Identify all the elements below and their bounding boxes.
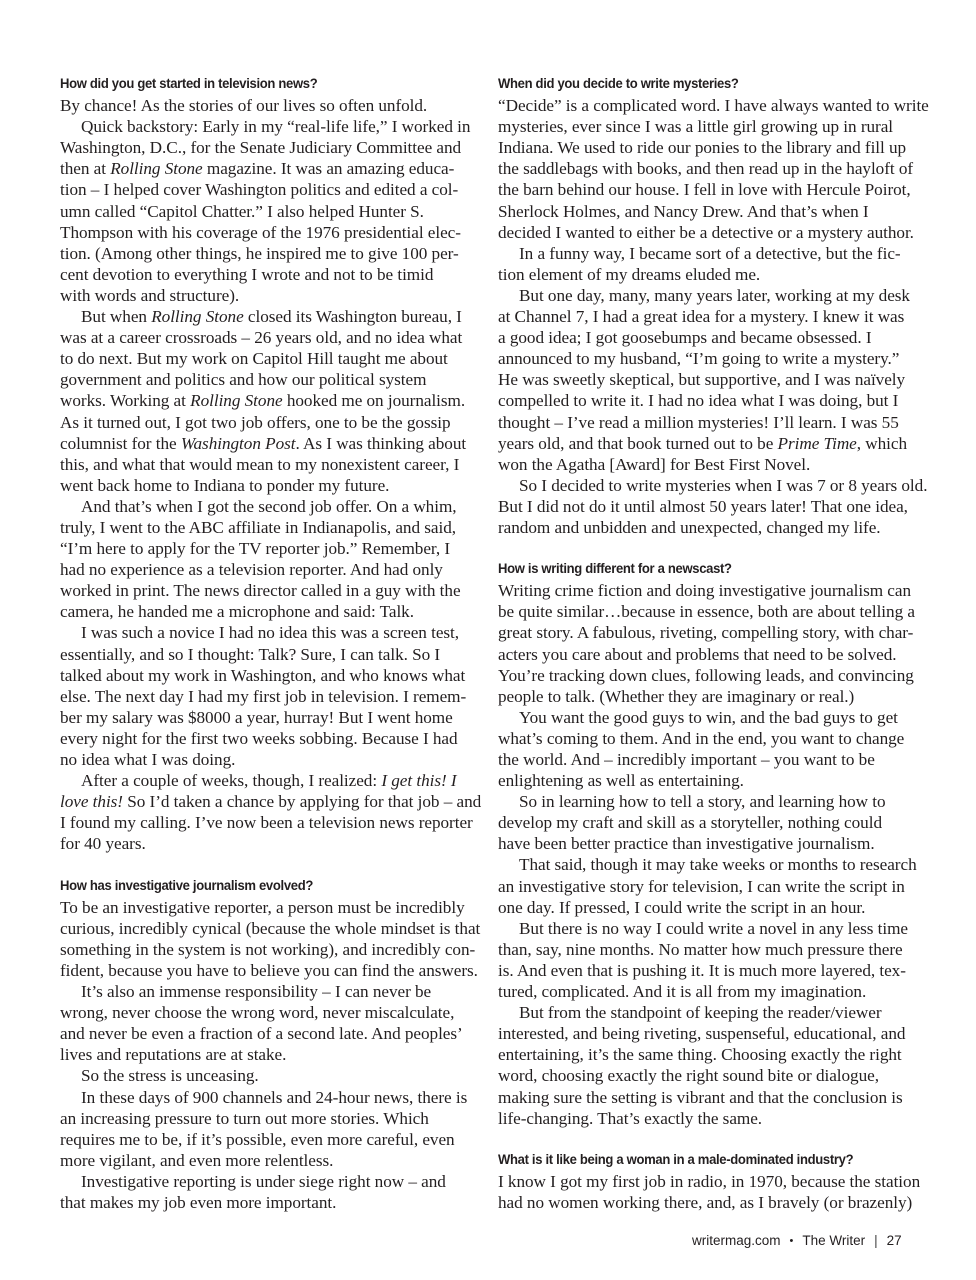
- body-text-line: wrong, never choose the wrong word, neve…: [60, 1002, 478, 1023]
- bullet-icon: •: [790, 1235, 794, 1247]
- body-text-line: But one day, many, many years later, wor…: [498, 285, 916, 306]
- text-run: then at: [60, 159, 110, 178]
- body-text-line: for 40 years.: [60, 833, 478, 854]
- body-text-line: great story. A fabulous, riveting, compe…: [498, 622, 916, 643]
- body-text-line: won the Agatha [Award] for Best First No…: [498, 454, 916, 475]
- body-text-line: After a couple of weeks, though, I reali…: [60, 770, 478, 791]
- body-text-line: making sure the setting is vibrant and t…: [498, 1087, 916, 1108]
- body-text-line: Quick backstory: Early in my “real-life …: [60, 116, 478, 137]
- body-text-line: government and politics and how our poli…: [60, 369, 478, 390]
- body-text-line: at Channel 7, I had a great idea for a m…: [498, 306, 916, 327]
- body-text-line: more vigilant, and even more relentless.: [60, 1150, 478, 1171]
- body-text-line: love this! So I’d taken a chance by appl…: [60, 791, 478, 812]
- text-run: . As I was thinking about: [295, 434, 466, 453]
- body-text-line: “Decide” is a complicated word. I have a…: [498, 95, 916, 116]
- footer-publication: The Writer: [802, 1233, 865, 1248]
- section-heading: When did you decide to write mysteries?: [498, 74, 883, 95]
- italic-title: Washington Post: [181, 434, 296, 453]
- body-text-line: else. The next day I had my first job in…: [60, 686, 478, 707]
- text-run: magazine. It was an amazing educa-: [203, 159, 455, 178]
- body-text-line: lives and reputations are at stake.: [60, 1044, 478, 1065]
- body-text-line: that makes my job even more important.: [60, 1192, 478, 1213]
- body-text-line: the saddlebags with books, and then read…: [498, 158, 916, 179]
- body-text-line: years old, and that book turned out to b…: [498, 433, 916, 454]
- body-text-line: word, choosing exactly the right sound b…: [498, 1065, 916, 1086]
- body-text-line: I found my calling. I’ve now been a tele…: [60, 812, 478, 833]
- section-heading: What is it like being a woman in a male-…: [498, 1150, 883, 1171]
- body-text-line: So I decided to write mysteries when I w…: [498, 475, 916, 496]
- body-text-line: But when Rolling Stone closed its Washin…: [60, 306, 478, 327]
- body-text-line: talked about my work in Washington, and …: [60, 665, 478, 686]
- body-text-line: be quite similar…because in essence, bot…: [498, 601, 916, 622]
- body-text-line: worked in print. The news director calle…: [60, 580, 478, 601]
- italic-title: Rolling Stone: [190, 391, 282, 410]
- body-text-line: develop my craft and skill as a storytel…: [498, 812, 916, 833]
- body-text-line: with words and structure).: [60, 285, 478, 306]
- body-text-line: every night for the first two weeks sobb…: [60, 728, 478, 749]
- body-text-line: life-changing. That’s exactly the same.: [498, 1108, 916, 1129]
- body-text-line: As it turned out, I got two job offers, …: [60, 412, 478, 433]
- body-text-line: In these days of 900 channels and 24-hou…: [60, 1087, 478, 1108]
- body-text-line: people to talk. (Whether they are imagin…: [498, 686, 916, 707]
- body-text-line: camera, he handed me a microphone and sa…: [60, 601, 478, 622]
- page-number: 27: [887, 1233, 902, 1248]
- italic-title: Rolling Stone: [110, 159, 202, 178]
- italic-title: I get this! I: [381, 771, 456, 790]
- body-text-line: To be an investigative reporter, a perso…: [60, 897, 478, 918]
- body-text-line: something in the system is not working),…: [60, 939, 478, 960]
- body-text-line: requires me to be, if it’s possible, eve…: [60, 1129, 478, 1150]
- body-text-line: random and unbidden and unexpected, chan…: [498, 517, 916, 538]
- text-run: But when: [81, 307, 151, 326]
- body-text-line: truly, I went to the ABC affiliate in In…: [60, 517, 478, 538]
- body-text-line: Indiana. We used to ride our ponies to t…: [498, 137, 916, 158]
- body-text-line: By chance! As the stories of our lives s…: [60, 95, 478, 116]
- body-text-line: entertaining, it’s the same thing. Choos…: [498, 1044, 916, 1065]
- right-column: When did you decide to write mysteries?“…: [498, 74, 916, 1213]
- body-text-line: So in learning how to tell a story, and …: [498, 791, 916, 812]
- body-text-line: and never be even a fraction of a second…: [60, 1023, 478, 1044]
- body-text-line: interested, and being riveting, suspense…: [498, 1023, 916, 1044]
- body-text-line: acters you care about and problems that …: [498, 644, 916, 665]
- body-text-line: what’s coming to them. And in the end, y…: [498, 728, 916, 749]
- text-run: After a couple of weeks, though, I reali…: [81, 771, 381, 790]
- body-text-line: Writing crime fiction and doing investig…: [498, 580, 916, 601]
- body-text-line: a good idea; I got goosebumps and became…: [498, 327, 916, 348]
- body-text-line: was at a career crossroads – 26 years ol…: [60, 327, 478, 348]
- text-run: columnist for the: [60, 434, 181, 453]
- body-text-line: Investigative reporting is under siege r…: [60, 1171, 478, 1192]
- body-text-line: the world. And – incredibly important – …: [498, 749, 916, 770]
- body-text-line: enlightening as well as entertaining.: [498, 770, 916, 791]
- body-text-line: You’re tracking down clues, following le…: [498, 665, 916, 686]
- section-heading: How did you get started in television ne…: [60, 74, 445, 95]
- body-text-line: And that’s when I got the second job off…: [60, 496, 478, 517]
- body-text-line: had no women working there, and, as I br…: [498, 1192, 916, 1213]
- body-text-line: essentially, and so I thought: Talk? Sur…: [60, 644, 478, 665]
- body-text-line: fident, because you have to believe you …: [60, 960, 478, 981]
- body-text-line: no idea what I was doing.: [60, 749, 478, 770]
- body-text-line: to do next. But my work on Capitol Hill …: [60, 348, 478, 369]
- footer-separator: |: [874, 1233, 878, 1248]
- body-text-line: But there is no way I could write a nove…: [498, 918, 916, 939]
- body-text-line: mysteries, ever since I was a little gir…: [498, 116, 916, 137]
- text-run: closed its Washington bureau, I: [244, 307, 462, 326]
- body-text-line: That said, though it may take weeks or m…: [498, 854, 916, 875]
- footer-site-link[interactable]: writermag.com: [692, 1233, 781, 1248]
- body-text-line: Thompson with his coverage of the 1976 p…: [60, 222, 478, 243]
- body-text-line: It’s also an immense responsibility – I …: [60, 981, 478, 1002]
- body-text-line: I was such a novice I had no idea this w…: [60, 622, 478, 643]
- body-text-line: curious, incredibly cynical (because the…: [60, 918, 478, 939]
- body-text-line: the barn behind our house. I fell in lov…: [498, 179, 916, 200]
- left-column: How did you get started in television ne…: [60, 74, 478, 1213]
- body-text-line: an investigative story for television, I…: [498, 876, 916, 897]
- body-text-line: had no experience as a television report…: [60, 559, 478, 580]
- body-text-line: went back home to Indiana to ponder my f…: [60, 475, 478, 496]
- body-text-line: So the stress is unceasing.: [60, 1065, 478, 1086]
- text-run: works. Working at: [60, 391, 190, 410]
- body-text-line: In a funny way, I became sort of a detec…: [498, 243, 916, 264]
- body-text-line: ber my salary was $8000 a year, hurray! …: [60, 707, 478, 728]
- body-text-line: umn called “Capitol Chatter.” I also hel…: [60, 201, 478, 222]
- body-text-line: thought – I’ve read a million mysteries!…: [498, 412, 916, 433]
- body-text-line: But I did not do it until almost 50 year…: [498, 496, 916, 517]
- body-text-line: an increasing pressure to turn out more …: [60, 1108, 478, 1129]
- body-text-line: Washington, D.C., for the Senate Judicia…: [60, 137, 478, 158]
- section-spacer: [498, 1129, 916, 1150]
- body-text-line: decided I wanted to either be a detectiv…: [498, 222, 916, 243]
- body-text-line: is. And even that is pushing it. It is m…: [498, 960, 916, 981]
- body-text-line: then at Rolling Stone magazine. It was a…: [60, 158, 478, 179]
- text-run: hooked me on journalism.: [283, 391, 466, 410]
- text-run: So I’d taken a chance by applying for th…: [123, 792, 481, 811]
- italic-title: love this!: [60, 792, 123, 811]
- body-text-line: You want the good guys to win, and the b…: [498, 707, 916, 728]
- section-spacer: [60, 854, 478, 875]
- body-text-line: But from the standpoint of keeping the r…: [498, 1002, 916, 1023]
- body-text-line: He was sweetly skeptical, but supportive…: [498, 369, 916, 390]
- section-heading: How has investigative journalism evolved…: [60, 876, 445, 897]
- page-footer: writermag.com•The Writer|27: [692, 1233, 902, 1248]
- body-text-line: Sherlock Holmes, and Nancy Drew. And tha…: [498, 201, 916, 222]
- body-text-line: announced to my husband, “I’m going to w…: [498, 348, 916, 369]
- body-text-line: have been better practice than investiga…: [498, 833, 916, 854]
- body-text-line: compelled to write it. I had no idea wha…: [498, 390, 916, 411]
- body-text-line: tion. (Among other things, he inspired m…: [60, 243, 478, 264]
- body-text-line: I know I got my first job in radio, in 1…: [498, 1171, 916, 1192]
- body-text-line: than, say, nine months. No matter how mu…: [498, 939, 916, 960]
- body-text-line: “I’m here to apply for the TV reporter j…: [60, 538, 478, 559]
- section-spacer: [498, 538, 916, 559]
- body-text-line: tion – I helped cover Washington politic…: [60, 179, 478, 200]
- text-run: years old, and that book turned out to b…: [498, 434, 778, 453]
- body-text-line: cent devotion to everything I wrote and …: [60, 264, 478, 285]
- italic-title: Prime Time: [778, 434, 857, 453]
- body-text-line: this, and what that would mean to my non…: [60, 454, 478, 475]
- body-text-line: columnist for the Washington Post. As I …: [60, 433, 478, 454]
- text-run: , which: [857, 434, 907, 453]
- italic-title: Rolling Stone: [151, 307, 243, 326]
- body-text-line: works. Working at Rolling Stone hooked m…: [60, 390, 478, 411]
- body-text-line: tion element of my dreams eluded me.: [498, 264, 916, 285]
- section-heading: How is writing different for a newscast?: [498, 559, 883, 580]
- body-text-line: one day. If pressed, I could write the s…: [498, 897, 916, 918]
- body-text-line: tured, complicated. And it is all from m…: [498, 981, 916, 1002]
